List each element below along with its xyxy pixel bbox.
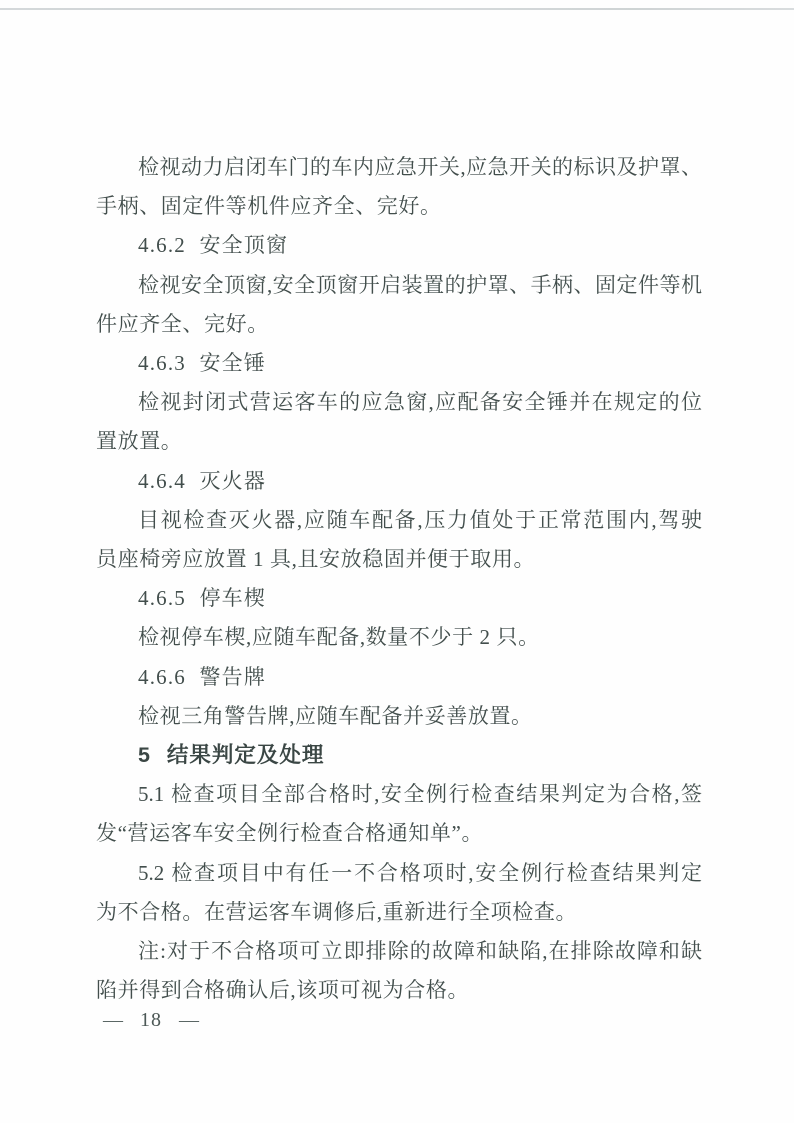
text-line: 员座椅旁应放置 1 具,且安放稳固并便于取用。 <box>96 540 702 579</box>
text-line: 为不合格。在营运客车调修后,重新进行全项检查。 <box>96 893 702 932</box>
section-heading: 5 结果判定及处理 <box>96 736 702 775</box>
text-line: 检视安全顶窗,安全顶窗开启装置的护罩、手柄、固定件等机 <box>96 266 702 305</box>
text-line: 置放置。 <box>96 422 702 461</box>
text-line: 目视检查灭火器,应随车配备,压力值处于正常范围内,驾驶 <box>96 501 702 540</box>
text-line: 5.1 检查项目全部合格时,安全例行检查结果判定为合格,签 <box>96 775 702 814</box>
text-line: 陷并得到合格确认后,该项可视为合格。 <box>96 971 702 1010</box>
text-line: 检视封闭式营运客车的应急窗,应配备安全锤并在规定的位 <box>96 383 702 422</box>
text-line: 手柄、固定件等机件应齐全、完好。 <box>96 187 702 226</box>
text-line: 发“营运客车安全例行检查合格通知单”。 <box>96 814 702 853</box>
document-body: 检视动力启闭车门的车内应急开关,应急开关的标识及护罩、手柄、固定件等机件应齐全、… <box>96 148 702 1010</box>
section-heading: 4.6.3 安全锤 <box>96 344 702 383</box>
section-heading: 4.6.6 警告牌 <box>96 658 702 697</box>
scan-edge-line <box>0 8 794 10</box>
text-line: 5.2 检查项目中有任一不合格项时,安全例行检查结果判定 <box>96 854 702 893</box>
text-line: 检视动力启闭车门的车内应急开关,应急开关的标识及护罩、 <box>96 148 702 187</box>
section-heading: 4.6.2 安全顶窗 <box>96 226 702 265</box>
text-line: 注:对于不合格项可立即排除的故障和缺陷,在排除故障和缺 <box>96 932 702 971</box>
section-heading: 4.6.5 停车楔 <box>96 579 702 618</box>
page-footer: — 18 — <box>103 1006 199 1034</box>
page-number: 18 <box>140 1009 162 1031</box>
text-line: 件应齐全、完好。 <box>96 305 702 344</box>
section-heading: 4.6.4 灭火器 <box>96 462 702 501</box>
footer-left-dash: — <box>103 1009 123 1031</box>
footer-right-dash: — <box>179 1009 199 1031</box>
text-line: 检视三角警告牌,应随车配备并妥善放置。 <box>96 697 702 736</box>
document-page: 检视动力启闭车门的车内应急开关,应急开关的标识及护罩、手柄、固定件等机件应齐全、… <box>0 0 794 1123</box>
text-line: 检视停车楔,应随车配备,数量不少于 2 只。 <box>96 618 702 657</box>
